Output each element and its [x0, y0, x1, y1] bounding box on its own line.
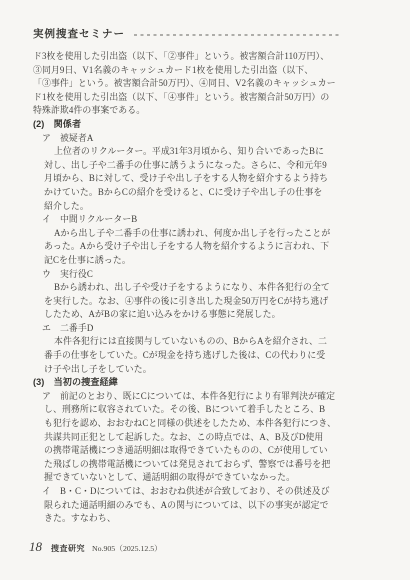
text-line: け子や出し子をしていた。: [33, 363, 378, 377]
text-line: 特殊詐欺4件の事案である。: [33, 104, 378, 118]
header-dashed-rule: [134, 34, 340, 36]
text-line: 月頃から、Bに対して、受け子や出し子をする人物を紹介するよう持ち: [33, 172, 378, 186]
text-line: あった。Aから受け子や出し子をする人物を紹介するように言われ、下: [33, 240, 378, 254]
article-section-title: 実例捜査セミナー: [33, 26, 125, 41]
page-footer: 18 捜査研究 No.905（2025.12.5）: [29, 539, 162, 555]
text-line: を実行した。なお、④事件の後に引き出した現金50万円をCが持ち逃げ: [33, 295, 378, 309]
text-line: ド3枚を使用した引出盗（以下、「②事件」という。被害額合計110万円）、: [33, 50, 378, 64]
item-heading-u: ウ 実行役C: [33, 268, 378, 282]
text-line: 「③事件」という。被害額合計50万円）、④同日、V2名義のキャッシュカー: [33, 77, 378, 91]
text-line: 本件各犯行には直接関与していないものの、BからAを紹介され、二: [33, 335, 378, 349]
document-page: 実例捜査セミナー ド3枚を使用した引出盗（以下、「②事件」という。被害額合計11…: [0, 0, 410, 580]
text-line: Bから誘われ、出し子や受け子をするようになり、本件各犯行の全て: [33, 281, 378, 295]
item-heading-e: エ 二番手D: [33, 322, 378, 336]
text-line: 番手の仕事をしていた。Cが現金を持ち逃げした後は、Cの代わりに受: [33, 349, 378, 363]
text-line: も犯行を認め、おおむねCと同様の供述をしたため、本件各犯行につき、: [33, 417, 378, 431]
body-text: ド3枚を使用した引出盗（以下、「②事件」という。被害額合計110万円）、 ③同月…: [33, 50, 378, 526]
item-heading-i: イ 中間リクルーターB: [33, 213, 378, 227]
text-line: ド1枚を使用した引出盗（以下、「④事件」という。被害額合計50万円）の: [33, 91, 378, 105]
text-line: の携帯電話機につき通話明細は取得できていたものの、Cが使用してい: [33, 444, 378, 458]
section-heading-2: (2) 関係者: [33, 118, 378, 132]
text-line: た飛ばしの携帯電話機については発見されておらず、警察では番号を把: [33, 458, 378, 472]
item-heading-a2: ア 前記のとおり、既にCについては、本件各犯行により有罪判決が確定: [33, 390, 378, 404]
text-line: ③同月9日、V1名義のキャッシュカード1枚を使用した引出盗（以下、: [33, 64, 378, 78]
item-heading-a: ア 被疑者A: [33, 132, 378, 146]
text-line: 記Cを仕事に誘った。: [33, 254, 378, 268]
text-line: Aから出し子や二番手の仕事に誘われ、何度か出し子を行ったことが: [33, 227, 378, 241]
text-line: 対し、出し子や二番手の仕事に誘うようになった。さらに、令和元年9: [33, 159, 378, 173]
text-line: したため、AがBの家に追い込みをかける事態に発展した。: [33, 308, 378, 322]
text-line: 限られた通話明細のみでも、Aの関与については、以下の事実が認定で: [33, 499, 378, 513]
text-line: きた。すなわち、: [33, 512, 378, 526]
journal-name: 捜査研究: [51, 543, 85, 554]
text-line: 紹介した。: [33, 200, 378, 214]
text-line: 上位者のリクルーター。平成31年3月頃から、知り合いであったBに: [33, 145, 378, 159]
page-number: 18: [29, 539, 42, 555]
page-header: 実例捜査セミナー: [33, 26, 347, 41]
section-heading-3: (3) 当初の捜査経緯: [33, 376, 378, 390]
text-line: 共謀共同正犯として起訴した。なお、この時点では、A、B及びD使用: [33, 431, 378, 445]
issue-info: No.905（2025.12.5）: [92, 543, 162, 554]
text-line: し、刑務所に収容されていた。その後、Bについて着手したところ、B: [33, 403, 378, 417]
text-line: かけていた。BからCの紹介を受けると、Cに受け子や出し子の仕事を: [33, 186, 378, 200]
item-heading-i2: イ B・C・Dについては、おおむね供述が合致しており、その供述及び: [33, 485, 378, 499]
text-line: 握できていないとして、通話明細の取得ができていなかった。: [33, 471, 378, 485]
